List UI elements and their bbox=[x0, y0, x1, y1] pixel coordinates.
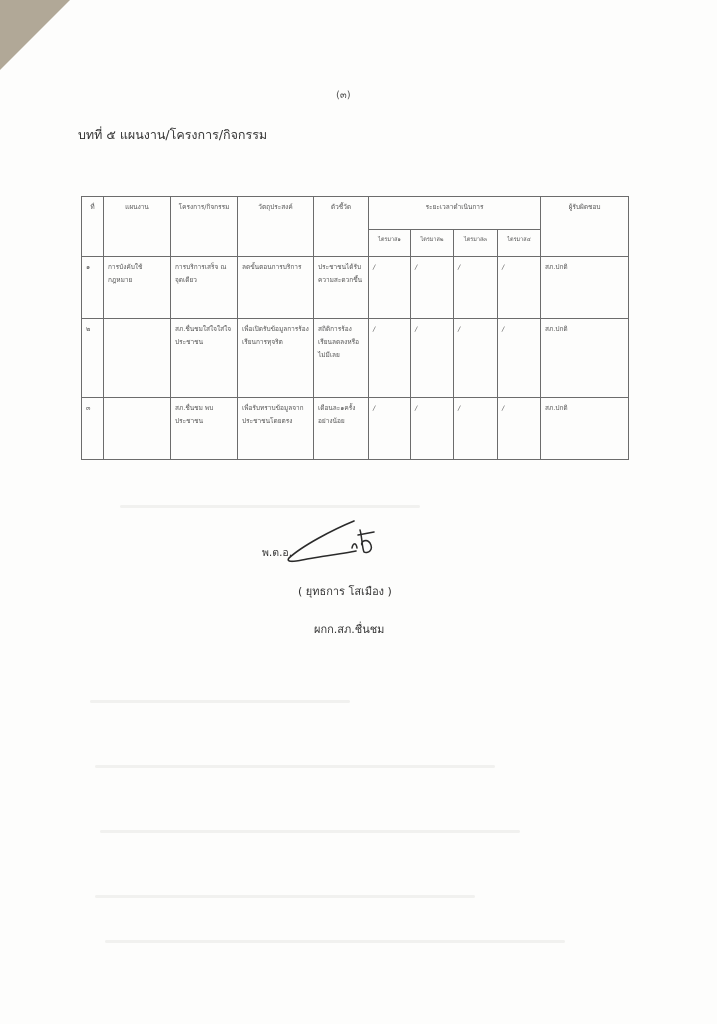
cell-objective: เพื่อรับทราบข้อมูลจากประชาชนโดยตรง bbox=[238, 398, 314, 460]
header-project: โครงการ/กิจกรรม bbox=[171, 197, 238, 257]
header-quarter-4: ไตรมาส๔ bbox=[498, 230, 541, 257]
bleed-through-line bbox=[90, 700, 350, 703]
cell-indicator: ประชาชนได้รับความสะดวกขึ้น bbox=[314, 257, 369, 319]
cell-quarter-4: / bbox=[498, 319, 541, 398]
cell-responsible: สภ.ปกติ bbox=[541, 398, 629, 460]
cell-plan: การบังคับใช้กฎหมาย bbox=[104, 257, 171, 319]
bleed-through-line bbox=[100, 830, 520, 833]
cell-responsible: สภ.ปกติ bbox=[541, 319, 629, 398]
cell-quarter-1: / bbox=[369, 398, 411, 460]
plan-table: ที่ แผนงาน โครงการ/กิจกรรม วัตถุประสงค์ … bbox=[81, 196, 629, 460]
bleed-through-line bbox=[95, 765, 495, 768]
scan-corner-fold bbox=[0, 0, 70, 70]
cell-quarter-1: / bbox=[369, 319, 411, 398]
cell-quarter-3: / bbox=[454, 257, 498, 319]
cell-responsible: สภ.ปกติ bbox=[541, 257, 629, 319]
table-row: ๒ สภ.ชื่นชมใส่ใจใส่ใจประชาชน เพื่อเปิดรั… bbox=[82, 319, 629, 398]
cell-plan bbox=[104, 398, 171, 460]
cell-project: สภ.ชื่นชมใส่ใจใส่ใจประชาชน bbox=[171, 319, 238, 398]
table-row: ๑ การบังคับใช้กฎหมาย การบริการเสร็จ ณ จุ… bbox=[82, 257, 629, 319]
cell-quarter-2: / bbox=[411, 398, 454, 460]
signatory-name: ( ยุทธการ โสเมือง ) bbox=[298, 582, 392, 600]
header-quarter-2: ไตรมาส๒ bbox=[411, 230, 454, 257]
signatory-position: ผกก.สภ.ชื่นชม bbox=[314, 620, 384, 638]
cell-no: ๑ bbox=[82, 257, 104, 319]
header-period: ระยะเวลาดำเนินการ bbox=[369, 197, 541, 230]
cell-quarter-4: / bbox=[498, 398, 541, 460]
cell-indicator: เดือนละ๑ครั้งอย่างน้อย bbox=[314, 398, 369, 460]
cell-quarter-1: / bbox=[369, 257, 411, 319]
cell-quarter-2: / bbox=[411, 319, 454, 398]
page-number: (๓) bbox=[336, 88, 351, 103]
cell-no: ๓ bbox=[82, 398, 104, 460]
header-quarter-1: ไตรมาส๑ bbox=[369, 230, 411, 257]
cell-plan bbox=[104, 319, 171, 398]
header-indicator: ตัวชี้วัด bbox=[314, 197, 369, 257]
cell-project: สภ.ชื่นชม พบประชาชน bbox=[171, 398, 238, 460]
cell-quarter-3: / bbox=[454, 319, 498, 398]
header-no: ที่ bbox=[82, 197, 104, 257]
cell-project: การบริการเสร็จ ณ จุดเดียว bbox=[171, 257, 238, 319]
cell-no: ๒ bbox=[82, 319, 104, 398]
chapter-title: บทที่ ๕ แผนงาน/โครงการ/กิจกรรม bbox=[78, 125, 267, 145]
cell-objective: ลดขั้นตอนการบริการ bbox=[238, 257, 314, 319]
cell-quarter-3: / bbox=[454, 398, 498, 460]
header-plan: แผนงาน bbox=[104, 197, 171, 257]
cell-quarter-4: / bbox=[498, 257, 541, 319]
header-objective: วัตถุประสงค์ bbox=[238, 197, 314, 257]
handwritten-signature bbox=[282, 518, 382, 568]
bleed-through-line bbox=[95, 895, 475, 898]
header-quarter-3: ไตรมาส๓ bbox=[454, 230, 498, 257]
bleed-through-line bbox=[120, 505, 420, 508]
cell-indicator: สถิติการร้องเรียนลดลงหรือไม่มีเลย bbox=[314, 319, 369, 398]
header-row: ที่ แผนงาน โครงการ/กิจกรรม วัตถุประสงค์ … bbox=[82, 197, 629, 230]
header-responsible: ผู้รับผิดชอบ bbox=[541, 197, 629, 257]
cell-quarter-2: / bbox=[411, 257, 454, 319]
bleed-through-line bbox=[105, 940, 565, 943]
cell-objective: เพื่อเปิดรับข้อมูลการร้องเรียนการทุจริต bbox=[238, 319, 314, 398]
table-row: ๓ สภ.ชื่นชม พบประชาชน เพื่อรับทราบข้อมูล… bbox=[82, 398, 629, 460]
